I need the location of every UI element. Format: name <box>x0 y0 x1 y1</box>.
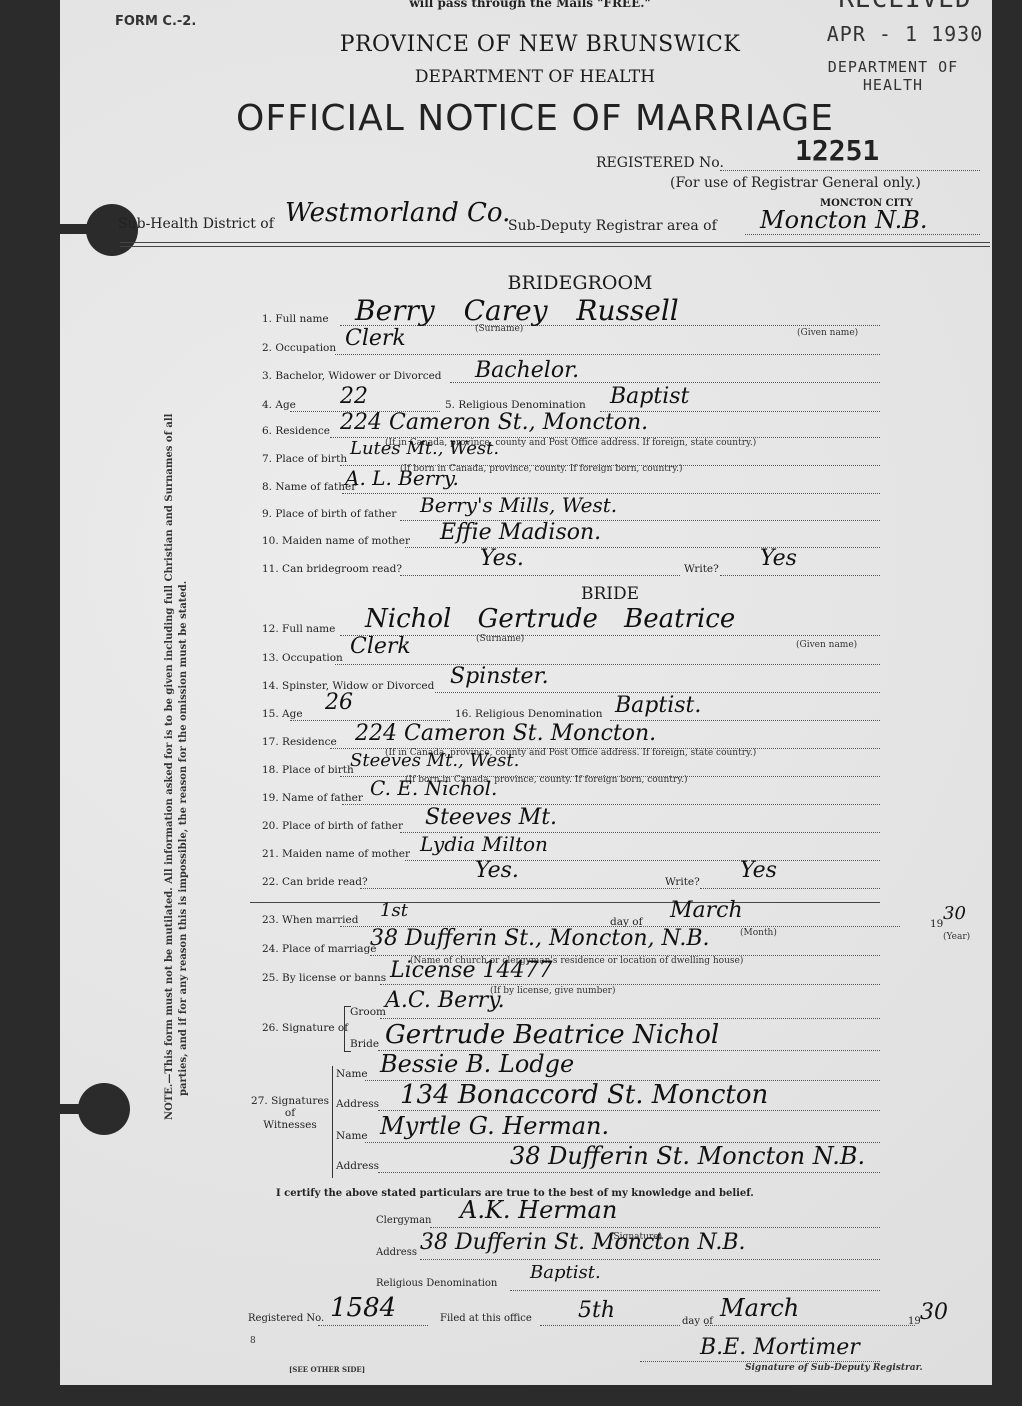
registrar-note: (For use of Registrar General only.) <box>670 175 921 191</box>
bride-full-name: Nichol Gertrude Beatrice <box>365 604 735 634</box>
groom-residence: 224 Cameron St., Moncton. <box>340 410 648 435</box>
mail-note: will pass through the Mails "FREE." <box>380 0 680 10</box>
groom-can-read: Yes. <box>480 546 524 571</box>
bride-birthplace: Steeves Mt., West. <box>350 750 519 771</box>
groom-religion: Baptist <box>610 384 689 409</box>
clergyman-signature: A.K. Herman <box>460 1196 617 1224</box>
license-number: License 14477 <box>390 958 552 983</box>
bride-marital-status: Spinster. <box>450 664 549 689</box>
sub-deputy-label: Sub-Deputy Registrar area of <box>508 218 717 234</box>
marriage-day: 1st <box>380 900 408 921</box>
filed-month: March <box>720 1294 799 1322</box>
filed-day: 5th <box>578 1298 615 1323</box>
groom-occupation: Clerk <box>345 326 406 351</box>
groom-mother-maiden-name: Effie Madison. <box>440 520 601 545</box>
groom-full-name: Berry Carey Russell <box>355 294 679 327</box>
bride-father-birthplace: Steeves Mt. <box>425 805 557 830</box>
side-note: NOTE.—This form must not be mutilated. A… <box>163 414 191 1120</box>
sub-health-district-label: Sub-Health District of <box>118 216 274 232</box>
bride-religion: Baptist. <box>615 693 701 718</box>
registrar-signature: B.E. Mortimer <box>700 1335 860 1360</box>
groom-father-name: A. L. Berry. <box>345 466 459 490</box>
province-name: PROVINCE OF NEW BRUNSWICK <box>300 32 780 57</box>
stamp-department: DEPARTMENT OF HEALTH <box>798 58 988 94</box>
sub-health-district-value: Westmorland Co. <box>285 198 510 228</box>
filing-registered-number: 1584 <box>330 1293 396 1323</box>
see-other-side: [SEE OTHER SIDE] <box>289 1365 365 1374</box>
clergyman-denomination: Baptist. <box>530 1262 601 1283</box>
groom-marital-status: Bachelor. <box>475 358 579 383</box>
groom-birthplace: Lutes Mt., West. <box>350 438 499 459</box>
bride-heading: BRIDE <box>540 584 680 604</box>
marriage-year: 30 <box>943 903 966 924</box>
bride-residence: 224 Cameron St. Moncton. <box>355 721 656 746</box>
marriage-place: 38 Dufferin St., Moncton, N.B. <box>370 926 710 951</box>
bride-age: 26 <box>325 690 353 715</box>
clergyman-address: 38 Dufferin St. Moncton N.B. <box>420 1230 746 1255</box>
page-title: OFFICIAL NOTICE OF MARRIAGE <box>150 98 920 139</box>
bride-can-read: Yes. <box>475 858 519 883</box>
bridegroom-heading: BRIDEGROOM <box>480 272 680 294</box>
form-id: FORM C.-2. <box>115 14 196 29</box>
groom-can-write: Yes <box>760 546 797 571</box>
groom-signature: A.C. Berry. <box>385 988 505 1013</box>
page-mark: 8 <box>250 1336 256 1346</box>
sub-deputy-value: Moncton N.B. <box>760 206 927 234</box>
witness2-address: 38 Dufferin St. Moncton N.B. <box>510 1142 865 1170</box>
registrar-caption: Signature of Sub-Deputy Registrar. <box>745 1363 923 1373</box>
department-name: DEPARTMENT OF HEALTH <box>370 67 700 87</box>
witness2-name: Myrtle G. Herman. <box>380 1112 609 1140</box>
registered-label: REGISTERED No. <box>596 155 724 171</box>
punch-hole-bottom <box>78 1083 130 1135</box>
bride-occupation: Clerk <box>350 634 411 659</box>
stamp-date: APR - 1 1930 <box>820 22 990 46</box>
groom-age: 22 <box>340 384 368 409</box>
bride-signature: Gertrude Beatrice Nichol <box>385 1020 719 1050</box>
received-stamp: RECEIVED <box>810 0 1000 14</box>
bride-mother-maiden-name: Lydia Milton <box>420 832 548 856</box>
marriage-month: March <box>670 898 743 923</box>
bride-can-write: Yes <box>740 858 777 883</box>
filed-year: 30 <box>920 1300 948 1325</box>
witness1-name: Bessie B. Lodge <box>380 1050 574 1078</box>
bride-father-name: C. E. Nichol. <box>370 776 497 800</box>
witness1-address: 134 Bonaccord St. Moncton <box>400 1080 768 1110</box>
groom-father-birthplace: Berry's Mills, West. <box>420 493 617 517</box>
registered-number: 12251 <box>795 134 879 167</box>
